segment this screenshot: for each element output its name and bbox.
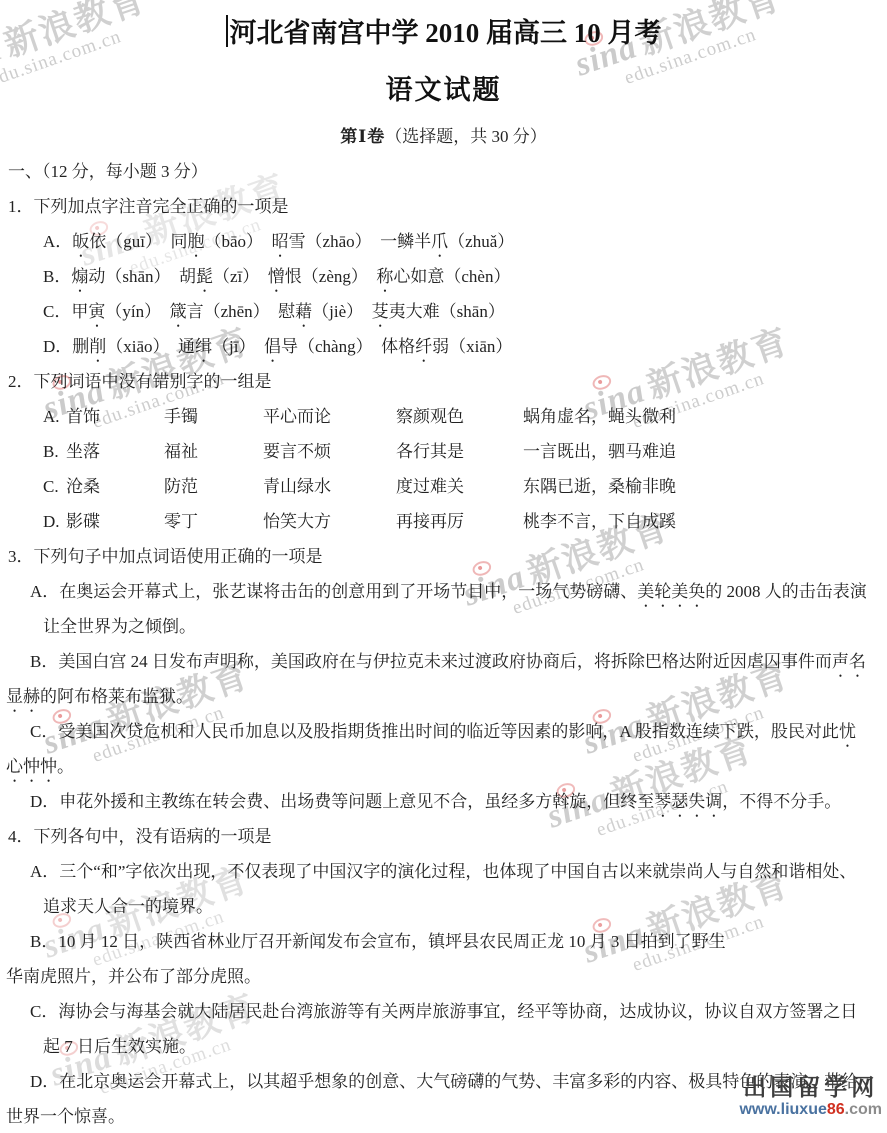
title-text: 河北省南宫中学 2010 届高三 10 月考 — [230, 18, 662, 48]
q2-option-b: B.坐落福祉要言不烦各行其是一言既出，驷马难追 — [0, 434, 887, 469]
liuxue86-site-name: 出国留学网 — [739, 1076, 882, 1099]
option-label: B. — [43, 434, 66, 469]
q4-option-c-line1: C．海协会与海基会就大陆居民赴台湾旅游等有关两岸旅游事宜，经平等协商，达成协议，… — [0, 994, 887, 1029]
q4-option-a-line2: 追求天人合一的境界。 — [0, 889, 887, 924]
q4-option-a-line1: A．三个“和”字依次出现，不仅表现了中国汉字的演化过程，也体现了中国自古以来就崇… — [0, 854, 887, 889]
q2-stem: 2．下列词语中没有错别字的一组是 — [0, 364, 887, 399]
option-label: A. — [43, 399, 66, 434]
section-number: 第Ⅰ卷 — [340, 127, 385, 146]
q4-option-c-line2: 起 7 日后生效实施。 — [0, 1029, 887, 1064]
q3-option-b-line2: 显赫的阿布格莱布监狱。 — [0, 679, 887, 714]
q3-stem: 3．下列句子中加点词语使用正确的一项是 — [0, 539, 887, 574]
option-label: D. — [43, 504, 66, 539]
q4-option-b-line2: 华南虎照片，并公布了部分虎照。 — [0, 959, 887, 994]
part1-heading: 一、（12 分，每小题 3 分） — [0, 154, 887, 189]
option-label: C. — [43, 469, 66, 504]
page-title: 河北省南宫中学 2010 届高三 10 月考 — [0, 0, 887, 56]
q3-option-b-line1: B．美国白宫 24 日发布声明称，美国政府在与伊拉克未来过渡政府协商后，将拆除巴… — [0, 644, 887, 679]
q1-option-d: D．删削（xiāo） 通缉（jī） 倡导（chàng） 体格纤弱（xiān） — [0, 329, 887, 364]
q1-option-a: A．皈依（guī） 同胞（bāo） 昭雪（zhāo） 一鳞半爪（zhuǎ） — [0, 224, 887, 259]
exam-subject-title: 语文试题 — [0, 67, 887, 113]
q3-option-a-line1: A．在奥运会开幕式上，张艺谋将击缶的创意用到了开场节目中，一场气势磅礴、美轮美奂… — [0, 574, 887, 609]
q1-stem: 1．下列加点字注音完全正确的一项是 — [0, 189, 887, 224]
section-note: （选择题，共 30 分） — [385, 127, 547, 146]
liuxue86-site-url: www.liuxue86.com — [739, 1102, 882, 1118]
q3-option-d: D．申花外援和主教练在转会费、出场费等问题上意见不合，虽经多方斡旋，但终至琴瑟失… — [0, 784, 887, 819]
q3-option-a-line2: 让全世界为之倾倒。 — [0, 609, 887, 644]
q1-option-b: B．煽动（shān） 胡髭（zī） 憎恨（zèng） 称心如意（chèn） — [0, 259, 887, 294]
q3-option-c-line2: 心忡忡。 — [0, 749, 887, 784]
q4-stem: 4．下列各句中，没有语病的一项是 — [0, 819, 887, 854]
exam-document: sina新浪教育edu.sina.com.cn sina新浪教育edu.sina… — [0, 0, 887, 1133]
q2-option-c: C.沧桑防范青山绿水度过难关东隅已逝，桑榆非晚 — [0, 469, 887, 504]
q1-option-c: C．甲寅（yín） 箴言（zhēn） 慰藉（jiè） 芟夷大难（shān） — [0, 294, 887, 329]
q3-option-c-line1: C．受美国次贷危机和人民币加息以及股指期货推出时间的临近等因素的影响，A 股指数… — [0, 714, 887, 749]
q2-option-a: A.首饰手镯平心而论察颜观色蜗角虚名，蝇头微利 — [0, 399, 887, 434]
q2-option-d: D.影碟零丁怡笑大方再接再厉桃李不言，下自成蹊 — [0, 504, 887, 539]
q4-option-b-line1: B．10 月 12 日，陕西省林业厅召开新闻发布会宣布，镇坪县农民周正龙 10 … — [0, 924, 887, 959]
section-heading: 第Ⅰ卷（选择题，共 30 分） — [0, 122, 887, 152]
liuxue86-logo: 出国留学网 www.liuxue86.com — [739, 1076, 882, 1118]
text-cursor — [226, 15, 228, 47]
